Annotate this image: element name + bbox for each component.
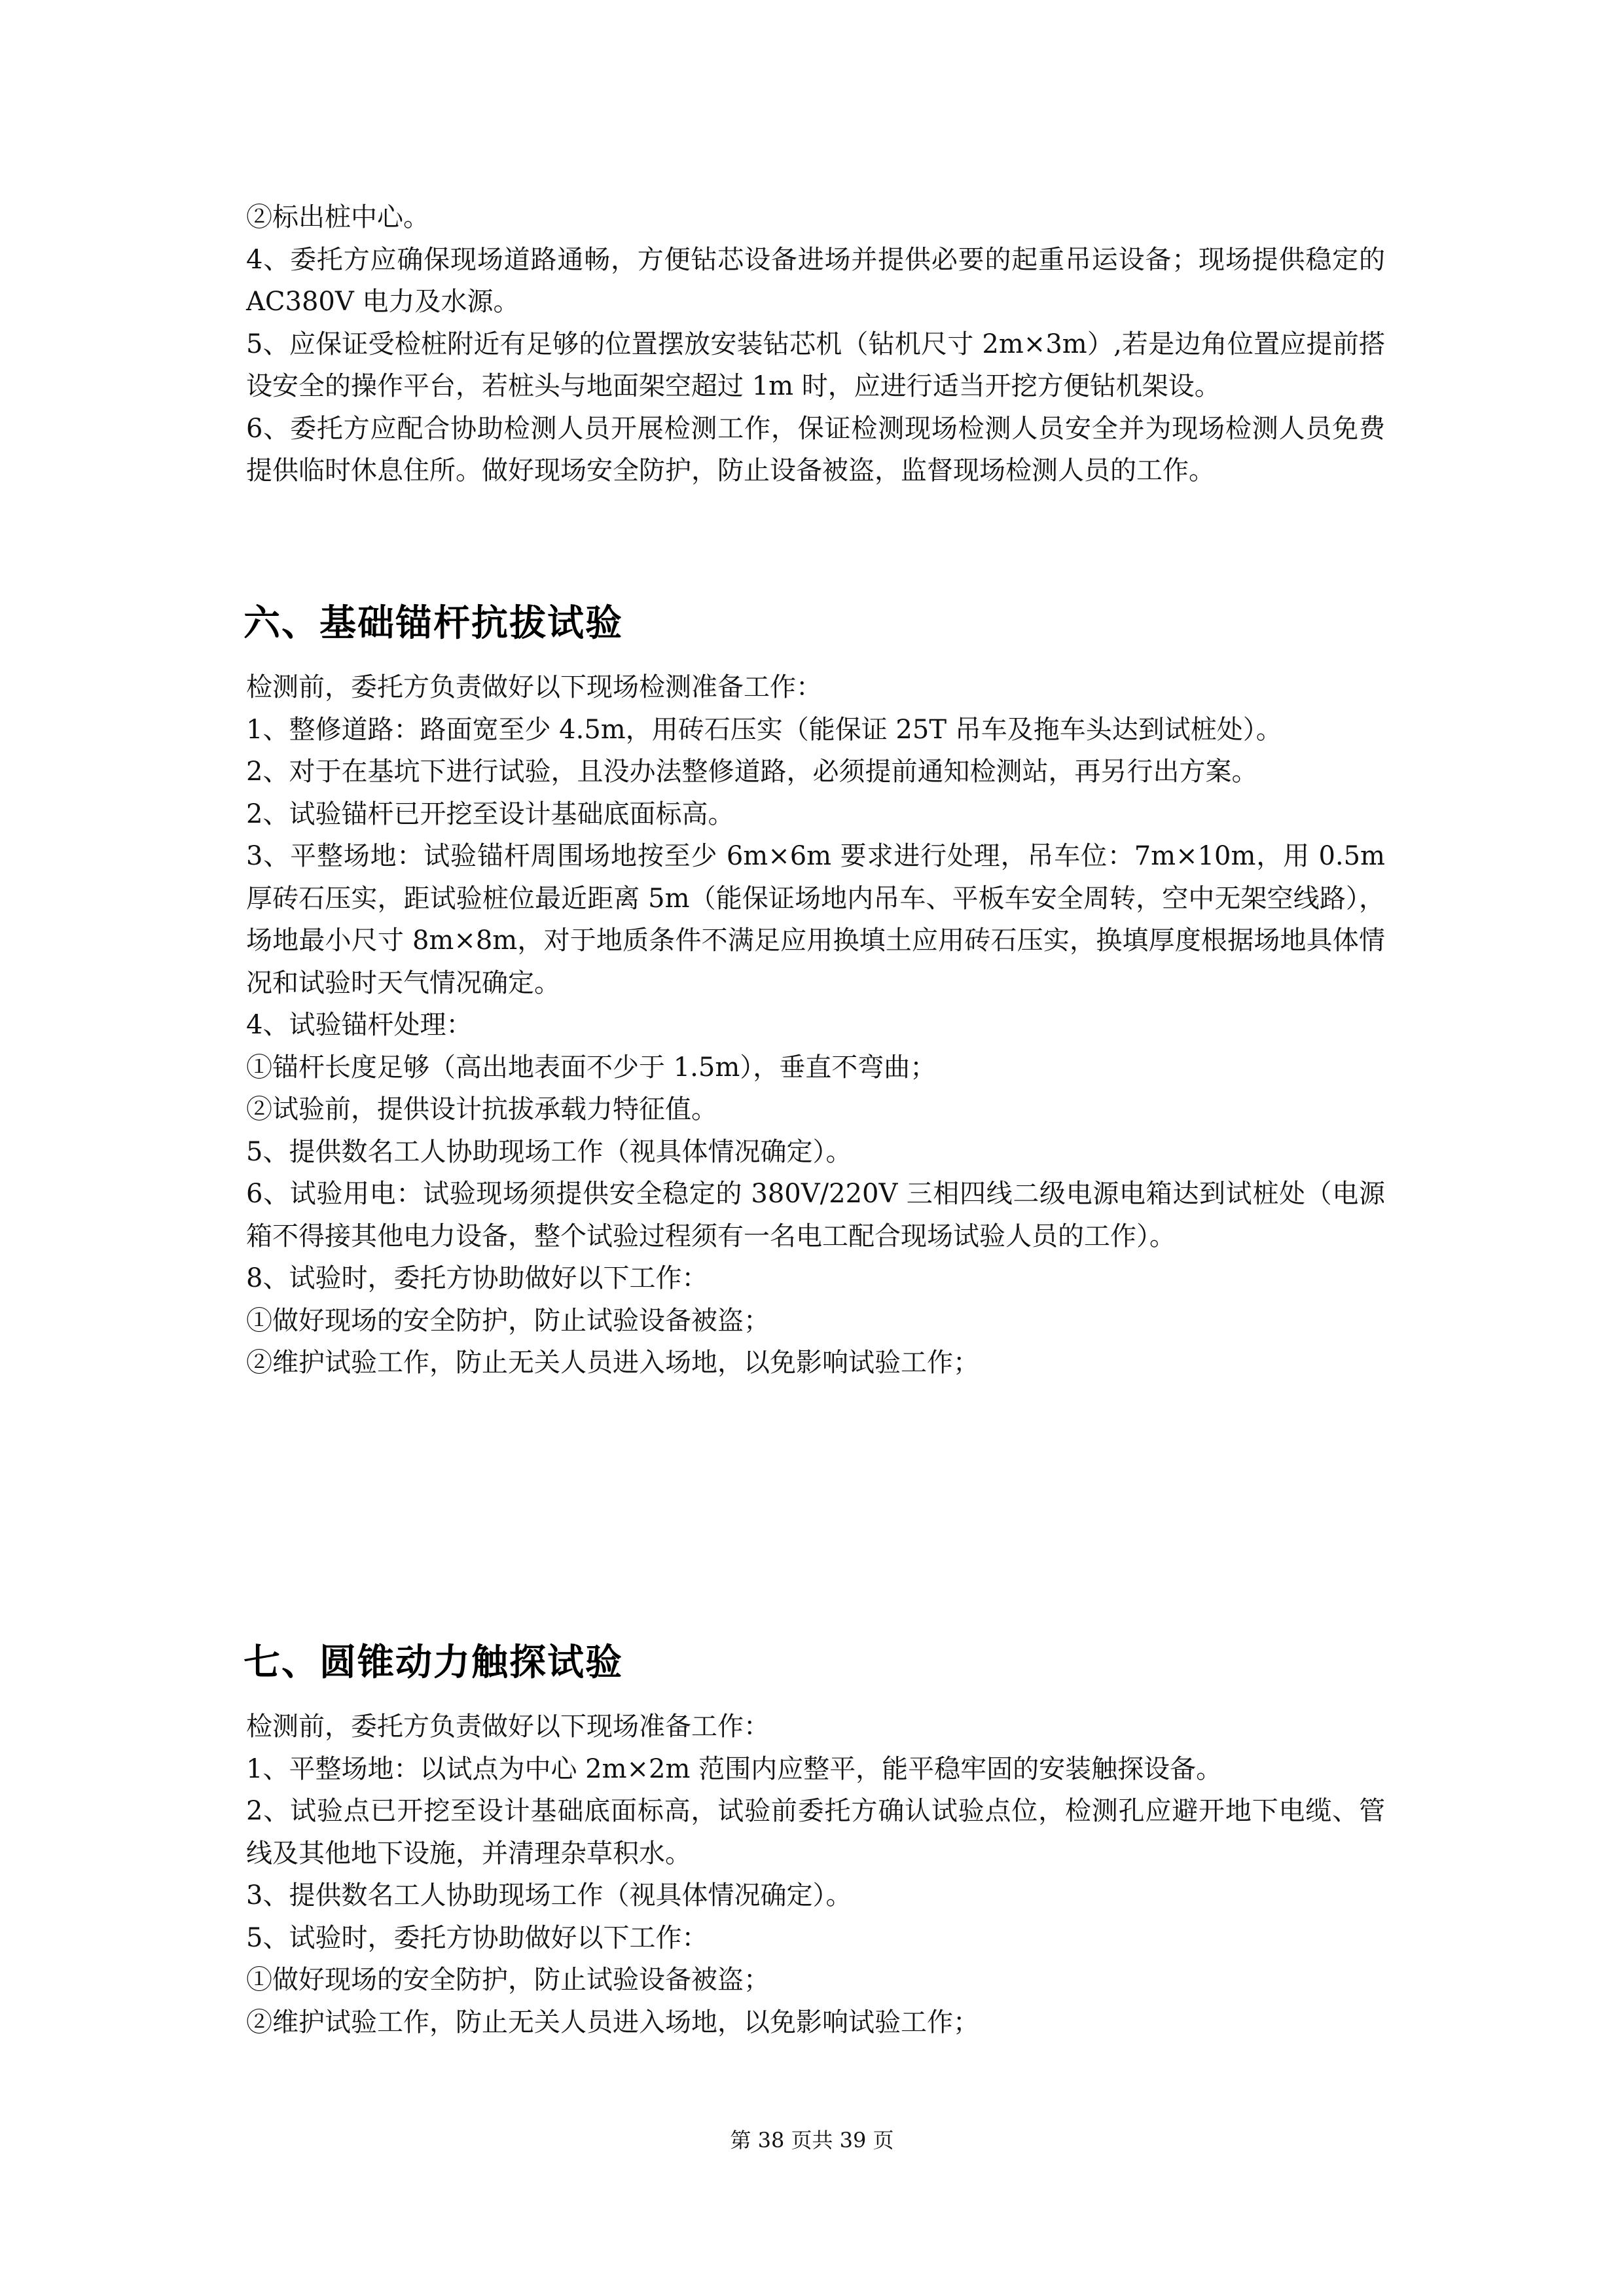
- section-7-body: 检测前，委托方负责做好以下现场准备工作： 1、平整场地：以试点为中心 2m×2m…: [246, 1706, 1385, 2043]
- paragraph: ①做好现场的安全防护，防止试验设备被盗；: [246, 1959, 1385, 2001]
- paragraph: ①锚杆长度足够（高出地表面不少于 1.5m），垂直不弯曲；: [246, 1047, 1385, 1089]
- paragraph: 3、提供数名工人协助现场工作（视具体情况确定）。: [246, 1874, 1385, 1917]
- top-continuation: ②标出桩中心。 4、委托方应确保现场道路通畅，方便钻芯设备进场并提供必要的起重吊…: [246, 196, 1385, 492]
- paragraph: 5、应保证受检桩附近有足够的位置摆放安装钻芯机（钻机尺寸 2m×3m）,若是边角…: [246, 323, 1385, 408]
- paragraph: 5、提供数名工人协助现场工作（视具体情况确定）。: [246, 1131, 1385, 1174]
- paragraph: ②标出桩中心。: [246, 196, 1385, 239]
- paragraph: ①做好现场的安全防护，防止试验设备被盗；: [246, 1300, 1385, 1342]
- paragraph: 1、平整场地：以试点为中心 2m×2m 范围内应整平，能平稳牢固的安装触探设备。: [246, 1748, 1385, 1791]
- paragraph: 4、试验锚杆处理：: [246, 1004, 1385, 1047]
- section-6-body: 检测前，委托方负责做好以下现场检测准备工作： 1、整修道路：路面宽至少 4.5m…: [246, 666, 1385, 1384]
- paragraph: ②维护试验工作，防止无关人员进入场地，以免影响试验工作；: [246, 2001, 1385, 2044]
- paragraph: 1、整修道路：路面宽至少 4.5m，用砖石压实（能保证 25T 吊车及拖车头达到…: [246, 709, 1385, 751]
- paragraph: 4、委托方应确保现场道路通畅，方便钻芯设备进场并提供必要的起重吊运设备；现场提供…: [246, 239, 1385, 323]
- paragraph: 2、试验点已开挖至设计基础底面标高，试验前委托方确认试验点位，检测孔应避开地下电…: [246, 1790, 1385, 1874]
- document-page: ②标出桩中心。 4、委托方应确保现场道路通畅，方便钻芯设备进场并提供必要的起重吊…: [0, 0, 1624, 2296]
- paragraph: 5、试验时，委托方协助做好以下工作：: [246, 1917, 1385, 1960]
- section-6-heading: 六、基础锚杆抗拔试验: [244, 601, 623, 647]
- paragraph: 检测前，委托方负责做好以下现场准备工作：: [246, 1706, 1385, 1748]
- paragraph: 检测前，委托方负责做好以下现场检测准备工作：: [246, 666, 1385, 709]
- section-7-heading: 七、圆锥动力触探试验: [244, 1640, 623, 1686]
- paragraph: 6、试验用电：试验现场须提供安全稳定的 380V/220V 三相四线二级电源电箱…: [246, 1173, 1385, 1257]
- paragraph: 6、委托方应配合协助检测人员开展检测工作，保证检测现场检测人员安全并为现场检测人…: [246, 408, 1385, 492]
- paragraph: 2、试验锚杆已开挖至设计基础底面标高。: [246, 793, 1385, 836]
- page-number: 第 38 页共 39 页: [0, 2124, 1624, 2154]
- paragraph: 8、试验时，委托方协助做好以下工作：: [246, 1257, 1385, 1300]
- paragraph: ②维护试验工作，防止无关人员进入场地，以免影响试验工作；: [246, 1342, 1385, 1384]
- paragraph: 3、平整场地：试验锚杆周围场地按至少 6m×6m 要求进行处理，吊车位：7m×1…: [246, 835, 1385, 1004]
- paragraph: ②试验前，提供设计抗拔承载力特征值。: [246, 1088, 1385, 1131]
- paragraph: 2、对于在基坑下进行试验，且没办法整修道路，必须提前通知检测站，再另行出方案。: [246, 751, 1385, 793]
